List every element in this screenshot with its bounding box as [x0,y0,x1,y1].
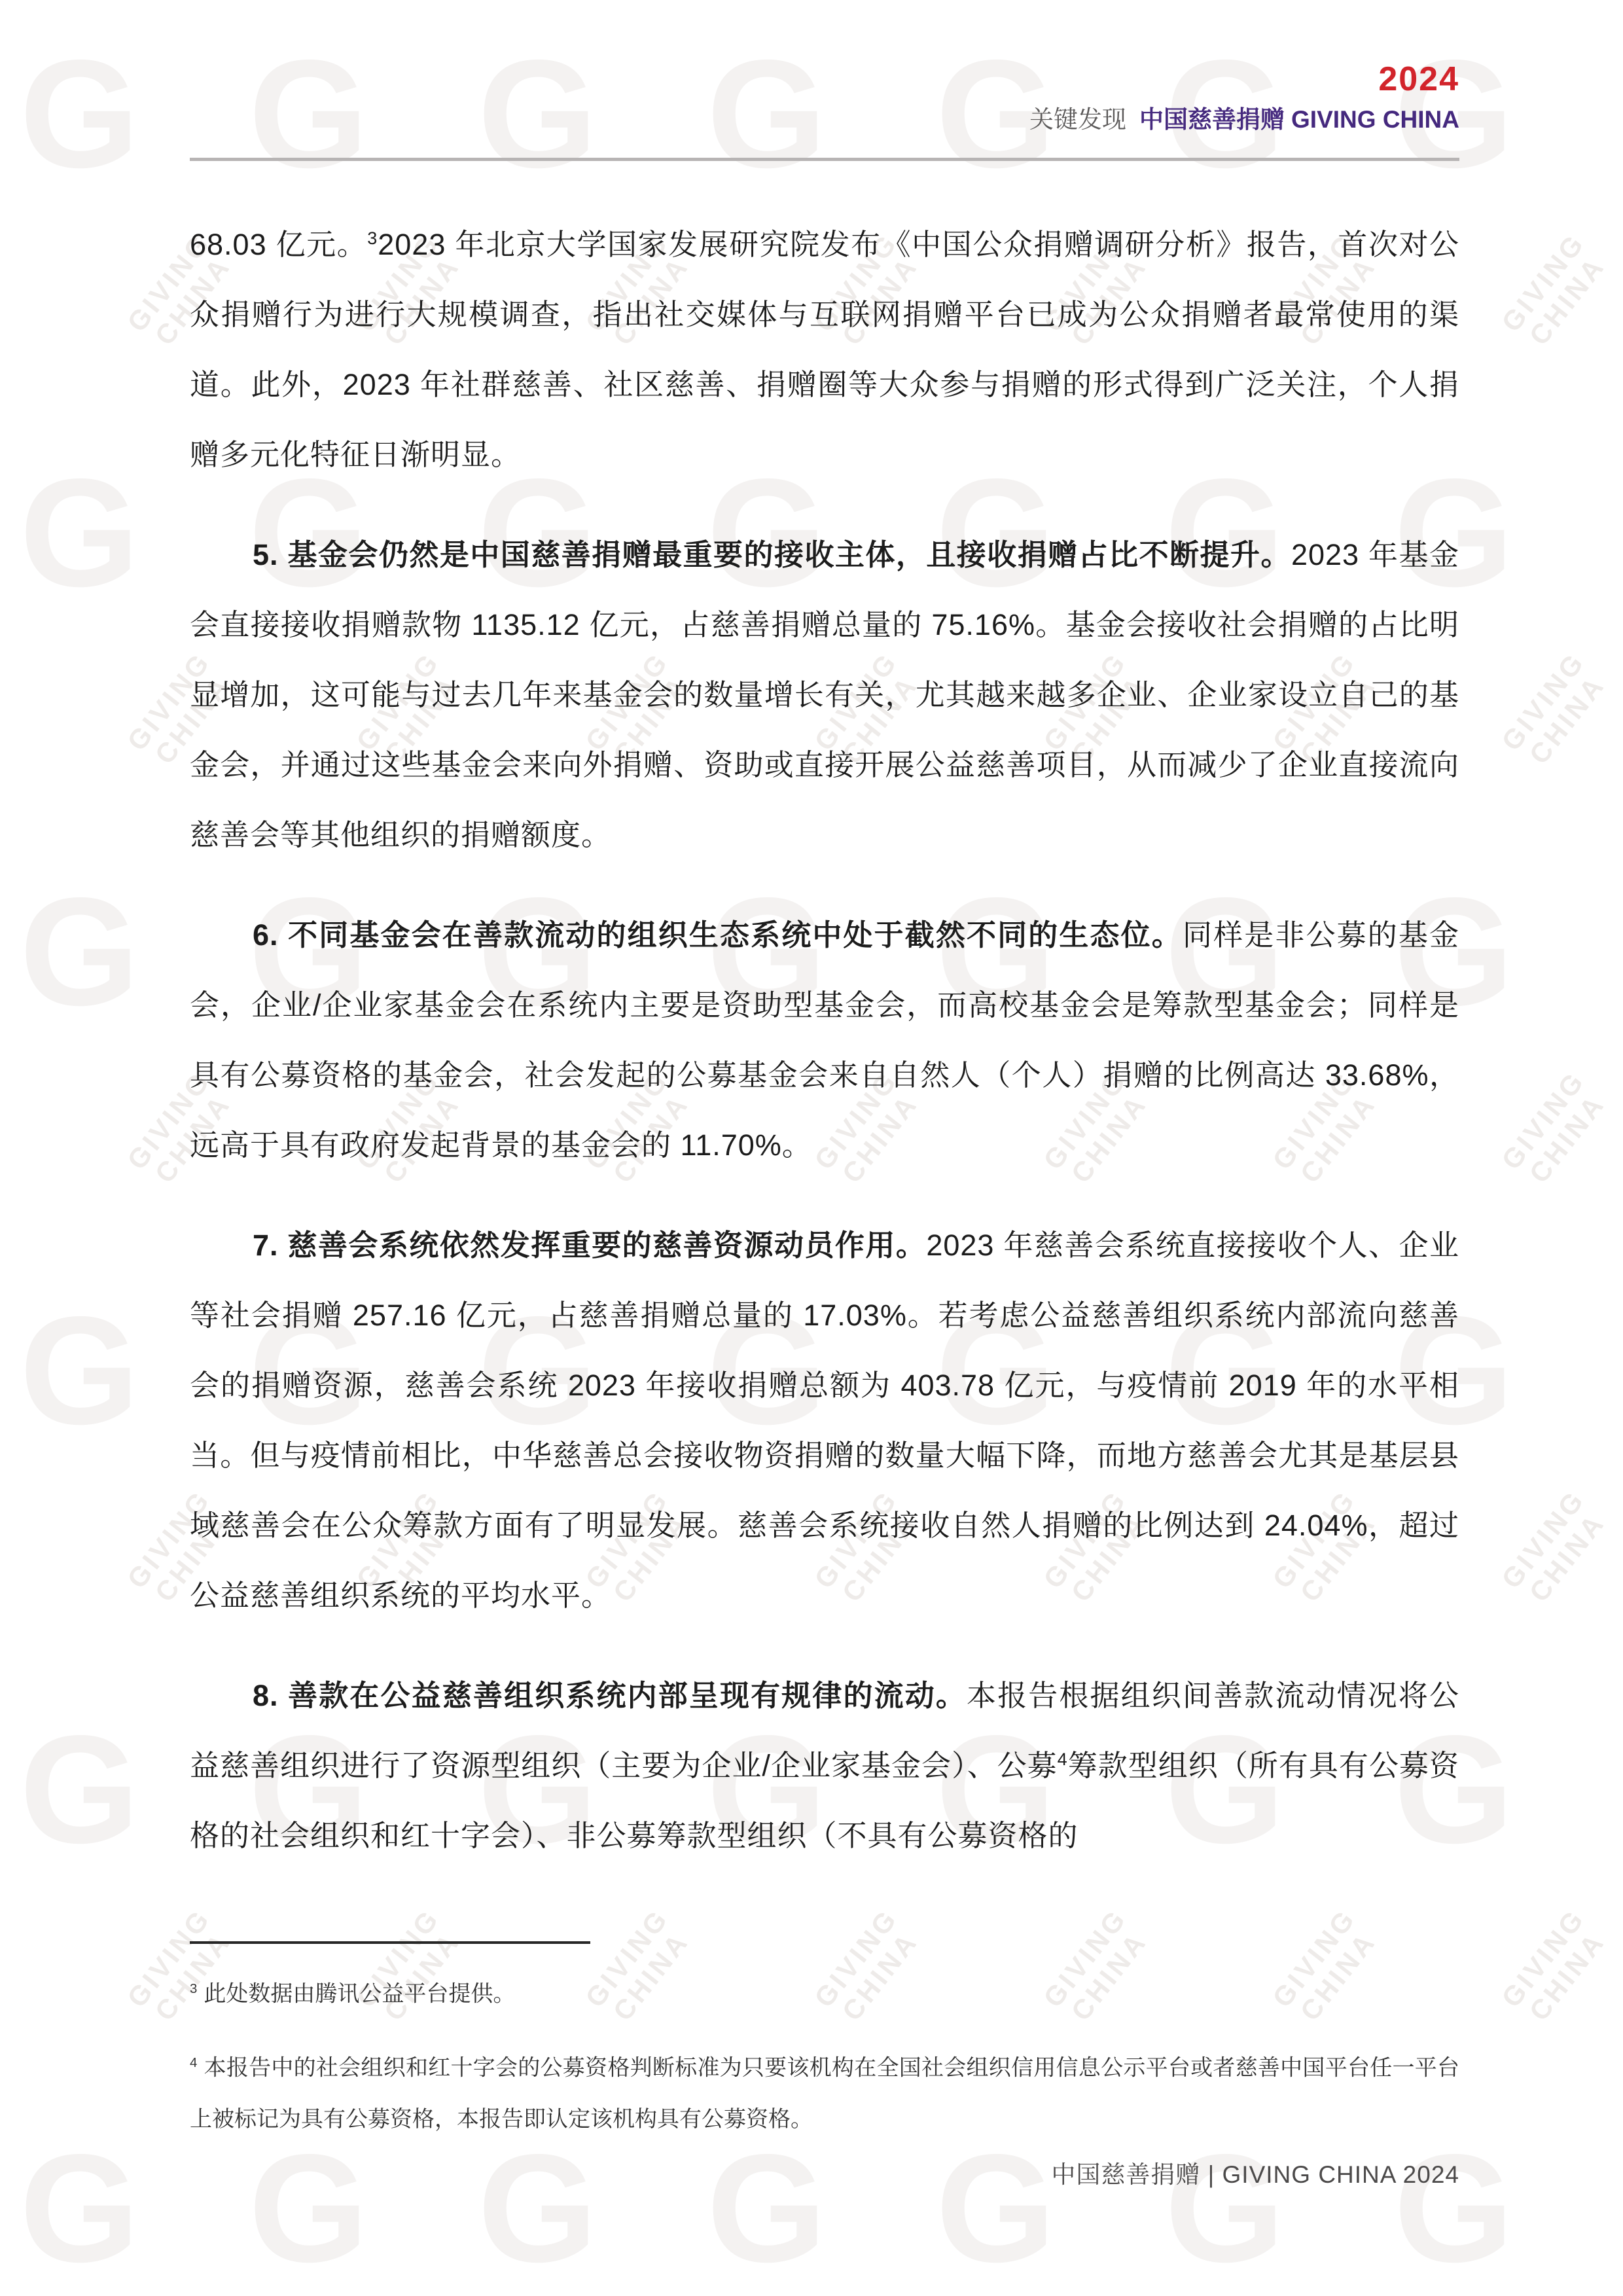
paragraph-text: 2023 年北京大学国家发展研究院发布《中国公众捐赠调研分析》报告，首次对公众捐… [190,228,1459,471]
header-title-en: GIVING CHINA [1291,106,1459,133]
page-header: 2024 关键发现中国慈善捐赠GIVING CHINA [190,62,1459,134]
paragraph-lead: 8. 善款在公益慈善组织系统内部呈现有规律的流动。 [253,1679,967,1712]
paragraph-5: 5. 基金会仍然是中国慈善捐赠最重要的接收主体，且接收捐赠占比不断提升。2023… [190,520,1459,870]
footnote-ref-3: 3 [367,228,378,248]
footnote-4: 4本报告中的社会组织和红十字会的公募资格判断标准为只要该机构在全国社会组织信用信… [190,2037,1459,2144]
header-title-cn: 中国慈善捐赠 [1139,106,1285,133]
footnote-ref-4: 4 [1058,1749,1068,1769]
body-text: 68.03 亿元。32023 年北京大学国家发展研究院发布《中国公众捐赠调研分析… [190,209,1459,1901]
paragraph-6: 6. 不同基金会在善款流动的组织生态系统中处于截然不同的生态位。同样是非公募的基… [190,900,1459,1180]
paragraph-lead: 5. 基金会仍然是中国慈善捐赠最重要的接收主体，且接收捐赠占比不断提升。 [253,538,1291,571]
footnote-divider [190,1941,590,1944]
paragraph-lead: 6. 不同基金会在善款流动的组织生态系统中处于截然不同的生态位。 [253,918,1183,952]
header-subtitle: 关键发现中国慈善捐赠GIVING CHINA [190,105,1459,134]
paragraph-8: 8. 善款在公益慈善组织系统内部呈现有规律的流动。本报告根据组织间善款流动情况将… [190,1660,1459,1871]
footnotes: 3此处数据由腾讯公益平台提供。 4本报告中的社会组织和红十字会的公募资格判断标准… [190,1964,1459,2163]
paragraph-continued: 68.03 亿元。32023 年北京大学国家发展研究院发布《中国公众捐赠调研分析… [190,209,1459,490]
footnote-3-marker: 3 [190,1982,197,1996]
footnote-4-marker: 4 [190,2056,197,2070]
paragraph-text: 同样是非公募的基金会，企业/企业家基金会在系统内主要是资助型基金会，而高校基金会… [190,918,1459,1162]
footnote-4-text: 本报告中的社会组织和红十字会的公募资格判断标准为只要该机构在全国社会组织信用信息… [190,2056,1459,2132]
paragraph-text: 2023 年基金会直接接收捐赠款物 1135.12 亿元，占慈善捐赠总量的 75… [190,538,1459,852]
header-year: 2024 [190,62,1459,98]
page-footer: 中国慈善捐赠 | GIVING CHINA 2024 [1051,2155,1459,2190]
report-page: G GIVING CHINA 2024 关键发现中国慈善捐赠GIVING CHI… [0,0,1623,2296]
paragraph-7: 7. 慈善会系统依然发挥重要的慈善资源动员作用。2023 年慈善会系统直接接收个… [190,1210,1459,1630]
paragraph-text: 68.03 亿元。 [190,228,367,261]
header-section-label: 关键发现 [1029,106,1126,133]
paragraph-text: 2023 年慈善会系统直接接收个人、企业等社会捐赠 257.16 亿元，占慈善捐… [190,1229,1459,1612]
paragraph-lead: 7. 慈善会系统依然发挥重要的慈善资源动员作用。 [253,1229,926,1262]
footnote-3: 3此处数据由腾讯公益平台提供。 [190,1964,1459,2019]
header-divider [190,158,1459,161]
footnote-3-text: 此处数据由腾讯公益平台提供。 [204,1981,515,2006]
